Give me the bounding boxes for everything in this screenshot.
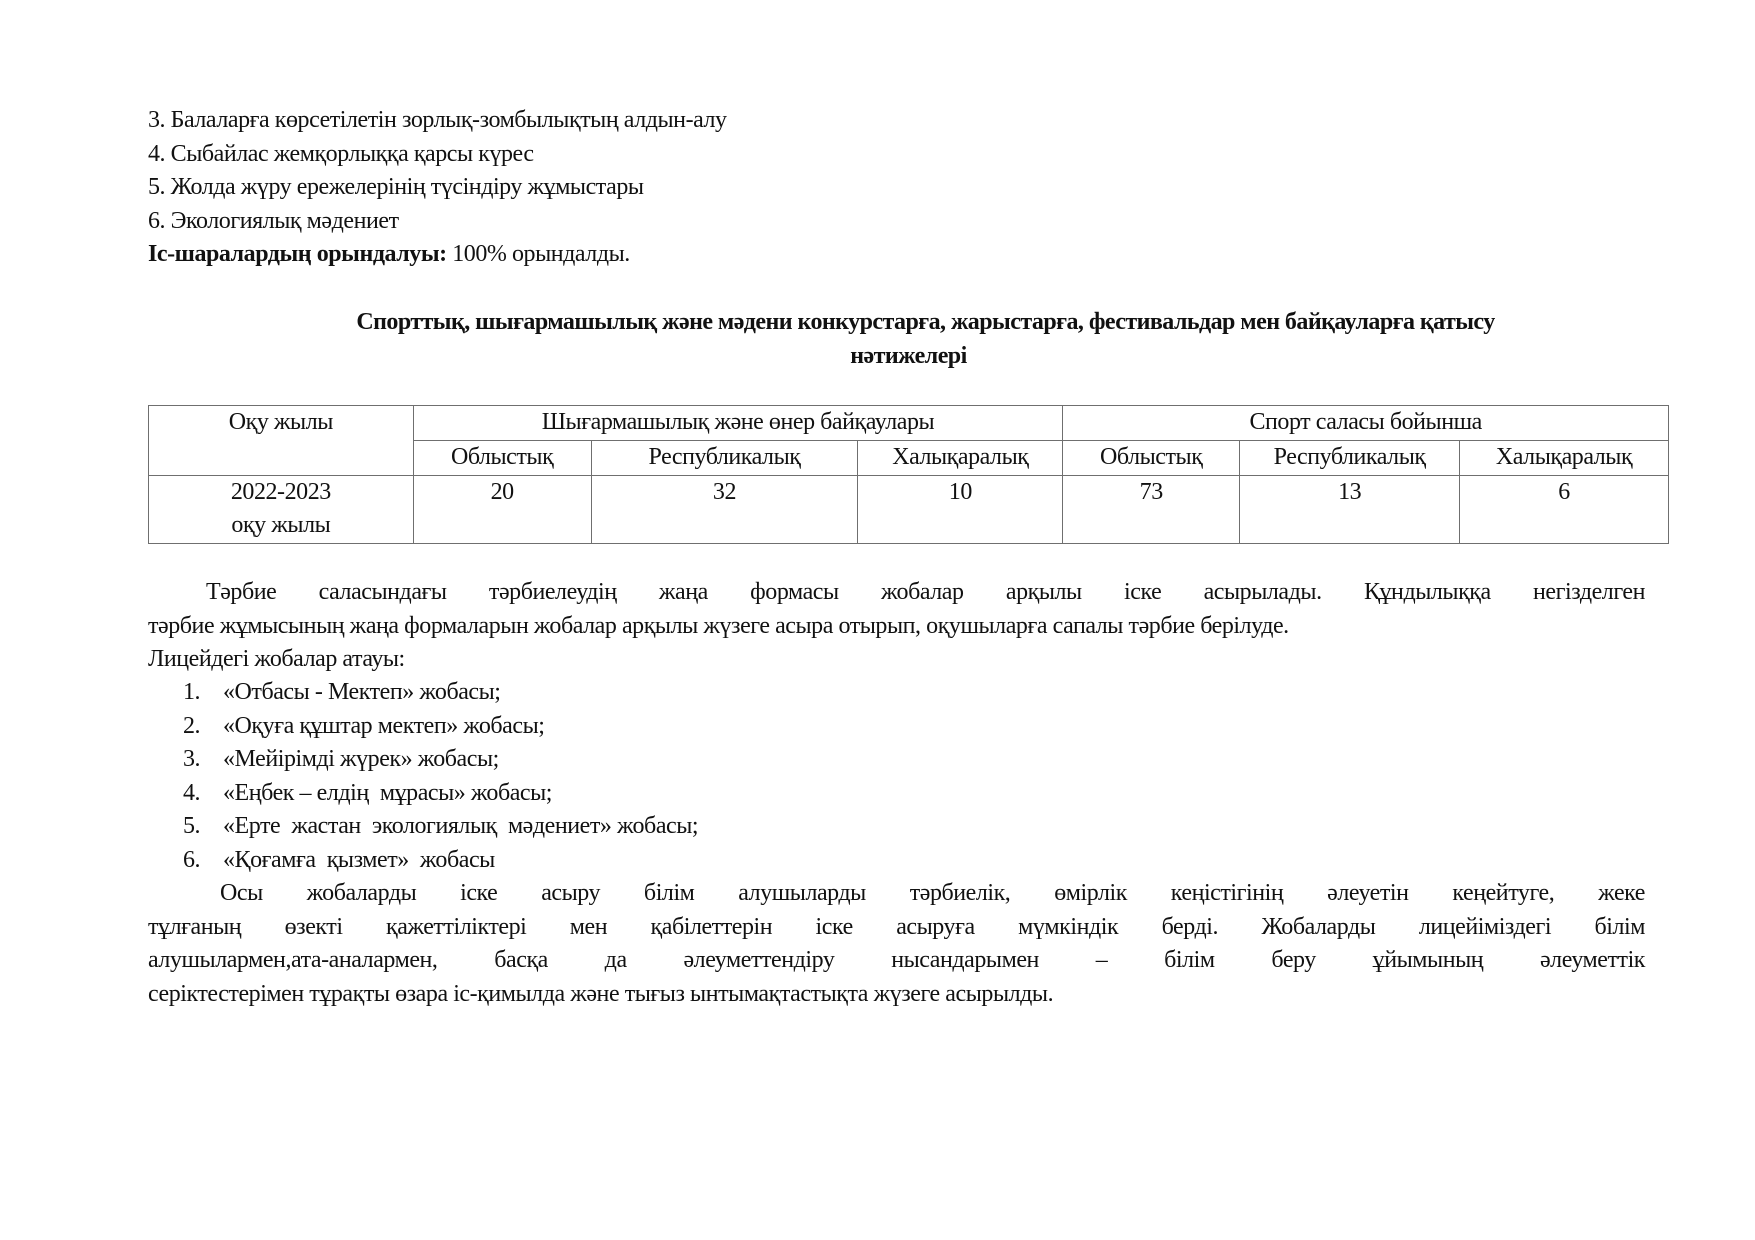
list-item: 1.«Отбасы - Мектеп» жобасы; xyxy=(183,676,698,710)
results-table: Оқу жылы Шығармашылық және өнер байқаула… xyxy=(148,405,1669,544)
section-title-line1: Спорттық, шығармашылық және мәдени конку… xyxy=(148,306,1669,340)
list-item: 5. Жолда жүру ережелерінің түсіндіру жұм… xyxy=(148,171,1645,205)
section-title-line2: нәтижелері xyxy=(148,340,1669,374)
list-text: «Отбасы - Мектеп» жобасы; xyxy=(223,679,501,705)
list-number: 3. xyxy=(183,743,223,777)
paragraph-line: алушылармен,ата-аналармен, басқа да әлеу… xyxy=(148,944,1645,978)
subheader-regional: Облыстық xyxy=(413,441,591,476)
completion-status: Іс-шаралардың орындалуы: 100% орындалды. xyxy=(148,238,1645,272)
list-text: «Қоғамға қызмет» жобасы xyxy=(223,847,495,873)
list-text: «Еңбек – елдің мұрасы» жобасы; xyxy=(223,780,552,806)
year-cell: 2022-2023оқу жылы xyxy=(149,476,414,544)
paragraph-education-projects: Тәрбие саласындағы тәрбиелеудің жаңа фор… xyxy=(148,576,1645,677)
year-cell-line2: оқу жылы xyxy=(149,509,413,542)
list-number: 5. xyxy=(183,810,223,844)
intro-section: 3. Балаларға көрсетілетін зорлық-зомбылы… xyxy=(148,104,1645,272)
paragraph-text: Осы жобаларды іске асыру білім алушылард… xyxy=(220,880,1645,906)
paragraph-line: тұлғаның өзекті қажеттіліктері мен қабіл… xyxy=(148,911,1645,945)
year-header: Оқу жылы xyxy=(149,406,414,476)
subheader-international: Халықаралық xyxy=(858,441,1063,476)
paragraph-line: тәрбие жұмысының жаңа формаларын жобалар… xyxy=(148,610,1645,644)
list-item: 4.«Еңбек – елдің мұрасы» жобасы; xyxy=(183,777,698,811)
paragraph-text: Тәрбие саласындағы тәрбиелеудің жаңа фор… xyxy=(206,579,1645,605)
value-cell: 6 xyxy=(1460,476,1669,544)
subheader-republican: Республикалық xyxy=(1240,441,1460,476)
paragraph-line: серіктестерімен тұрақты өзара іс-қимылда… xyxy=(148,978,1645,1012)
value-cell: 13 xyxy=(1240,476,1460,544)
paragraph-line: Осы жобаларды іске асыру білім алушылард… xyxy=(148,877,1645,911)
list-number: 6. xyxy=(183,844,223,878)
list-item: 6. Экологиялық мәдениет xyxy=(148,205,1645,239)
completion-label: Іс-шаралардың орындалуы: xyxy=(148,241,447,267)
list-item: 2.«Оқуға құштар мектеп» жобасы; xyxy=(183,710,698,744)
projects-list: 1.«Отбасы - Мектеп» жобасы; 2.«Оқуға құш… xyxy=(183,676,698,877)
subheader-regional: Облыстық xyxy=(1063,441,1240,476)
list-number: 4. xyxy=(183,777,223,811)
list-text: «Оқуға құштар мектеп» жобасы; xyxy=(223,713,544,739)
paragraph-line: Лицейдегі жобалар атауы: xyxy=(148,643,1645,677)
subheader-international: Халықаралық xyxy=(1460,441,1669,476)
paragraph-project-outcomes: Осы жобаларды іске асыру білім алушылард… xyxy=(148,877,1645,1011)
list-text: «Мейірімді жүрек» жобасы; xyxy=(223,746,499,772)
list-item: 6.«Қоғамға қызмет» жобасы xyxy=(183,844,698,878)
value-cell: 20 xyxy=(413,476,591,544)
completion-value: 100% орындалды. xyxy=(447,241,630,267)
list-item: 3. Балаларға көрсетілетін зорлық-зомбылы… xyxy=(148,104,1645,138)
group-header-sport: Спорт саласы бойынша xyxy=(1063,406,1669,441)
list-item: 3.«Мейірімді жүрек» жобасы; xyxy=(183,743,698,777)
list-item: 4. Сыбайлас жемқорлыққа қарсы күрес xyxy=(148,138,1645,172)
value-cell: 32 xyxy=(591,476,858,544)
subheader-republican: Республикалық xyxy=(591,441,858,476)
value-cell: 10 xyxy=(858,476,1063,544)
group-header-creative: Шығармашылық және өнер байқаулары xyxy=(413,406,1063,441)
paragraph-line: Тәрбие саласындағы тәрбиелеудің жаңа фор… xyxy=(148,576,1645,610)
list-number: 2. xyxy=(183,710,223,744)
table-header-row: Оқу жылы Шығармашылық және өнер байқаула… xyxy=(149,406,1669,441)
list-item: 5.«Ерте жастан экологиялық мәдениет» жоб… xyxy=(183,810,698,844)
value-cell: 73 xyxy=(1063,476,1240,544)
list-number: 1. xyxy=(183,676,223,710)
list-text: «Ерте жастан экологиялық мәдениет» жобас… xyxy=(223,813,698,839)
year-cell-line1: 2022-2023 xyxy=(149,476,413,509)
table-row: 2022-2023оқу жылы 20 32 10 73 13 6 xyxy=(149,476,1669,544)
section-title: Спорттық, шығармашылық және мәдени конку… xyxy=(148,306,1669,373)
